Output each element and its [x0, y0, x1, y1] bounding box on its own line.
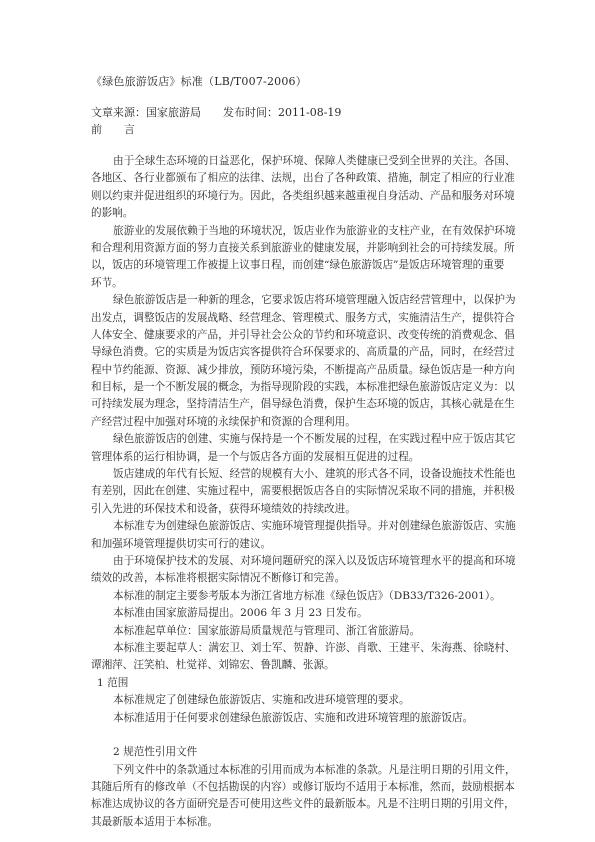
text-line: 绩效的改善，本标准将根据实际情况不断修订和完善。	[91, 570, 507, 587]
text-line: 和加强环境管理提供切实可行的建议。	[91, 536, 507, 553]
text-line: 可持续发展为理念，坚持清洁生产，倡导绿色消费，保护生态环境的饭店，其核心就是在生	[91, 396, 507, 413]
section-heading: 2 规范性引用文件	[91, 744, 507, 761]
section-heading: 1 范围	[91, 675, 507, 692]
document-title: 《绿色旅游饭店》标准（LB/T007-2006）	[91, 73, 307, 89]
source-label: 文章来源：国家旅游局	[91, 106, 201, 119]
text-line: 标准达成协议的各方面研究是否可使用这些文件的最新版本。凡是不注明日期的引用文件，	[91, 796, 507, 813]
text-line: 引入先进的环保技术和设备，获得环境绩效的持续改进。	[91, 501, 507, 518]
text-line: 本标准主要起草人：满宏卫、刘士军、贺静、许澎、肖歌、王建平、朱海燕、徐晓村、	[91, 640, 507, 657]
text-line: 人体安全、健康要求的产品，并引导社会公众的节约和环境意识、改变传统的消费观念、倡	[91, 327, 507, 344]
text-line: 环节。	[91, 275, 507, 292]
text-line: 以，饭店的环境管理工作被提上议事日程，而创建“绿色旅游饭店”是饭店环境管理的重要	[91, 257, 507, 274]
text-line: 和目标，是一个不断发展的概念，为指导现阶段的实践，本标准把绿色旅游饭店定义为：以	[91, 379, 507, 396]
document-page: 《绿色旅游饭店》标准（LB/T007-2006） 文章来源：国家旅游局发布时间：…	[0, 0, 595, 842]
text-line: 管理体系的运行相协调，是一个与饭店各方面的发展相互促进的过程。	[91, 449, 507, 466]
text-line	[91, 727, 507, 744]
text-line: 的影响。	[91, 205, 507, 222]
text-line: 有差别，因此在创建、实施过程中，需要根据饭店各自的实际情况采取不同的措施，并积极	[91, 483, 507, 500]
text-line: 谭湘萍、汪笑柏、杜觉祥、刘锦宏、鲁凯麟、张源。	[91, 657, 507, 674]
text-line: 由于全球生态环境的日益恶化，保护环境、保障人类健康已受到全世界的关注。各国、	[91, 153, 507, 170]
text-line: 饭店建成的年代有长短、经营的规模有大小、建筑的形式各不同，设备设施技术性能也	[91, 466, 507, 483]
text-line: 和合理利用资源方面的努力直接关系到旅游业的健康发展，并影响到社会的可持续发展。所	[91, 240, 507, 257]
text-line: 程中节约能源、资源、减少排放，预防环境污染，不断提高产品质量。绿色饭店是一种方向	[91, 362, 507, 379]
document-body: 由于全球生态环境的日益恶化，保护环境、保障人类健康已受到全世界的关注。各国、各地…	[91, 153, 507, 831]
text-line: 导绿色消费。它的实质是为饭店宾客提供符合环保要求的、高质量的产品，同时，在经营过	[91, 344, 507, 361]
text-line: 绿色旅游饭店的创建、实施与保持是一个不断发展的过程，在实践过程中应于饭店其它	[91, 431, 507, 448]
preface-heading: 前言	[91, 121, 135, 137]
text-line: 本标准专为创建绿色旅游饭店、实施环境管理提供指导。并对创建绿色旅游饭店、实施	[91, 518, 507, 535]
text-line: 本标准起草单位：国家旅游局质量规范与管理司、浙江省旅游局。	[91, 623, 507, 640]
text-line: 则以约束并促进组织的环境行为。因此，各类组织越来越重视自身活动、产品和服务对环境	[91, 188, 507, 205]
text-line: 出发点，调整饭店的发展战略、经营理念、管理模式、服务方式，实施清洁生产，提供符合	[91, 310, 507, 327]
text-line: 本标准的制定主要参考版本为浙江省地方标准《绿色饭店》（DB33/T326-200…	[91, 588, 507, 605]
date-label: 发布时间：2011-08-19	[223, 106, 341, 119]
text-line: 其最新版本适用于本标准。	[91, 814, 507, 831]
text-line: 本标准由国家旅游局提出。2006 年 3 月 23 日发布。	[91, 605, 507, 622]
text-line: 绿色旅游饭店是一种新的理念，它要求饭店将环境管理融入饭店经营管理中，以保护为	[91, 292, 507, 309]
text-line: 由于环境保护技术的发展、对环境问题研究的深入以及饭店环境管理水平的提高和环境	[91, 553, 507, 570]
text-line: 下列文件中的条款通过本标准的引用而成为本标准的条款。凡是注明日期的引用文件，	[91, 762, 507, 779]
text-line: 产经营过程中加强对环境的永续保护和资源的合理利用。	[91, 414, 507, 431]
text-line: 各地区、各行业都颁布了相应的法律、法规，出台了各种政策、措施，制定了相应的行业准	[91, 170, 507, 187]
text-line: 本标准规定了创建绿色旅游饭店、实施和改进环境管理的要求。	[91, 692, 507, 709]
text-line: 本标准适用于任何要求创建绿色旅游饭店、实施和改进环境管理的旅游饭店。	[91, 710, 507, 727]
document-meta: 文章来源：国家旅游局发布时间：2011-08-19	[91, 104, 341, 120]
text-line: 旅游业的发展依赖于当地的环境状况，饭店业作为旅游业的支柱产业，在有效保护环境	[91, 223, 507, 240]
text-line: 其随后所有的修改单（不包括勘误的内容）或修订版均不适用于本标准，然而，鼓励根据本	[91, 779, 507, 796]
